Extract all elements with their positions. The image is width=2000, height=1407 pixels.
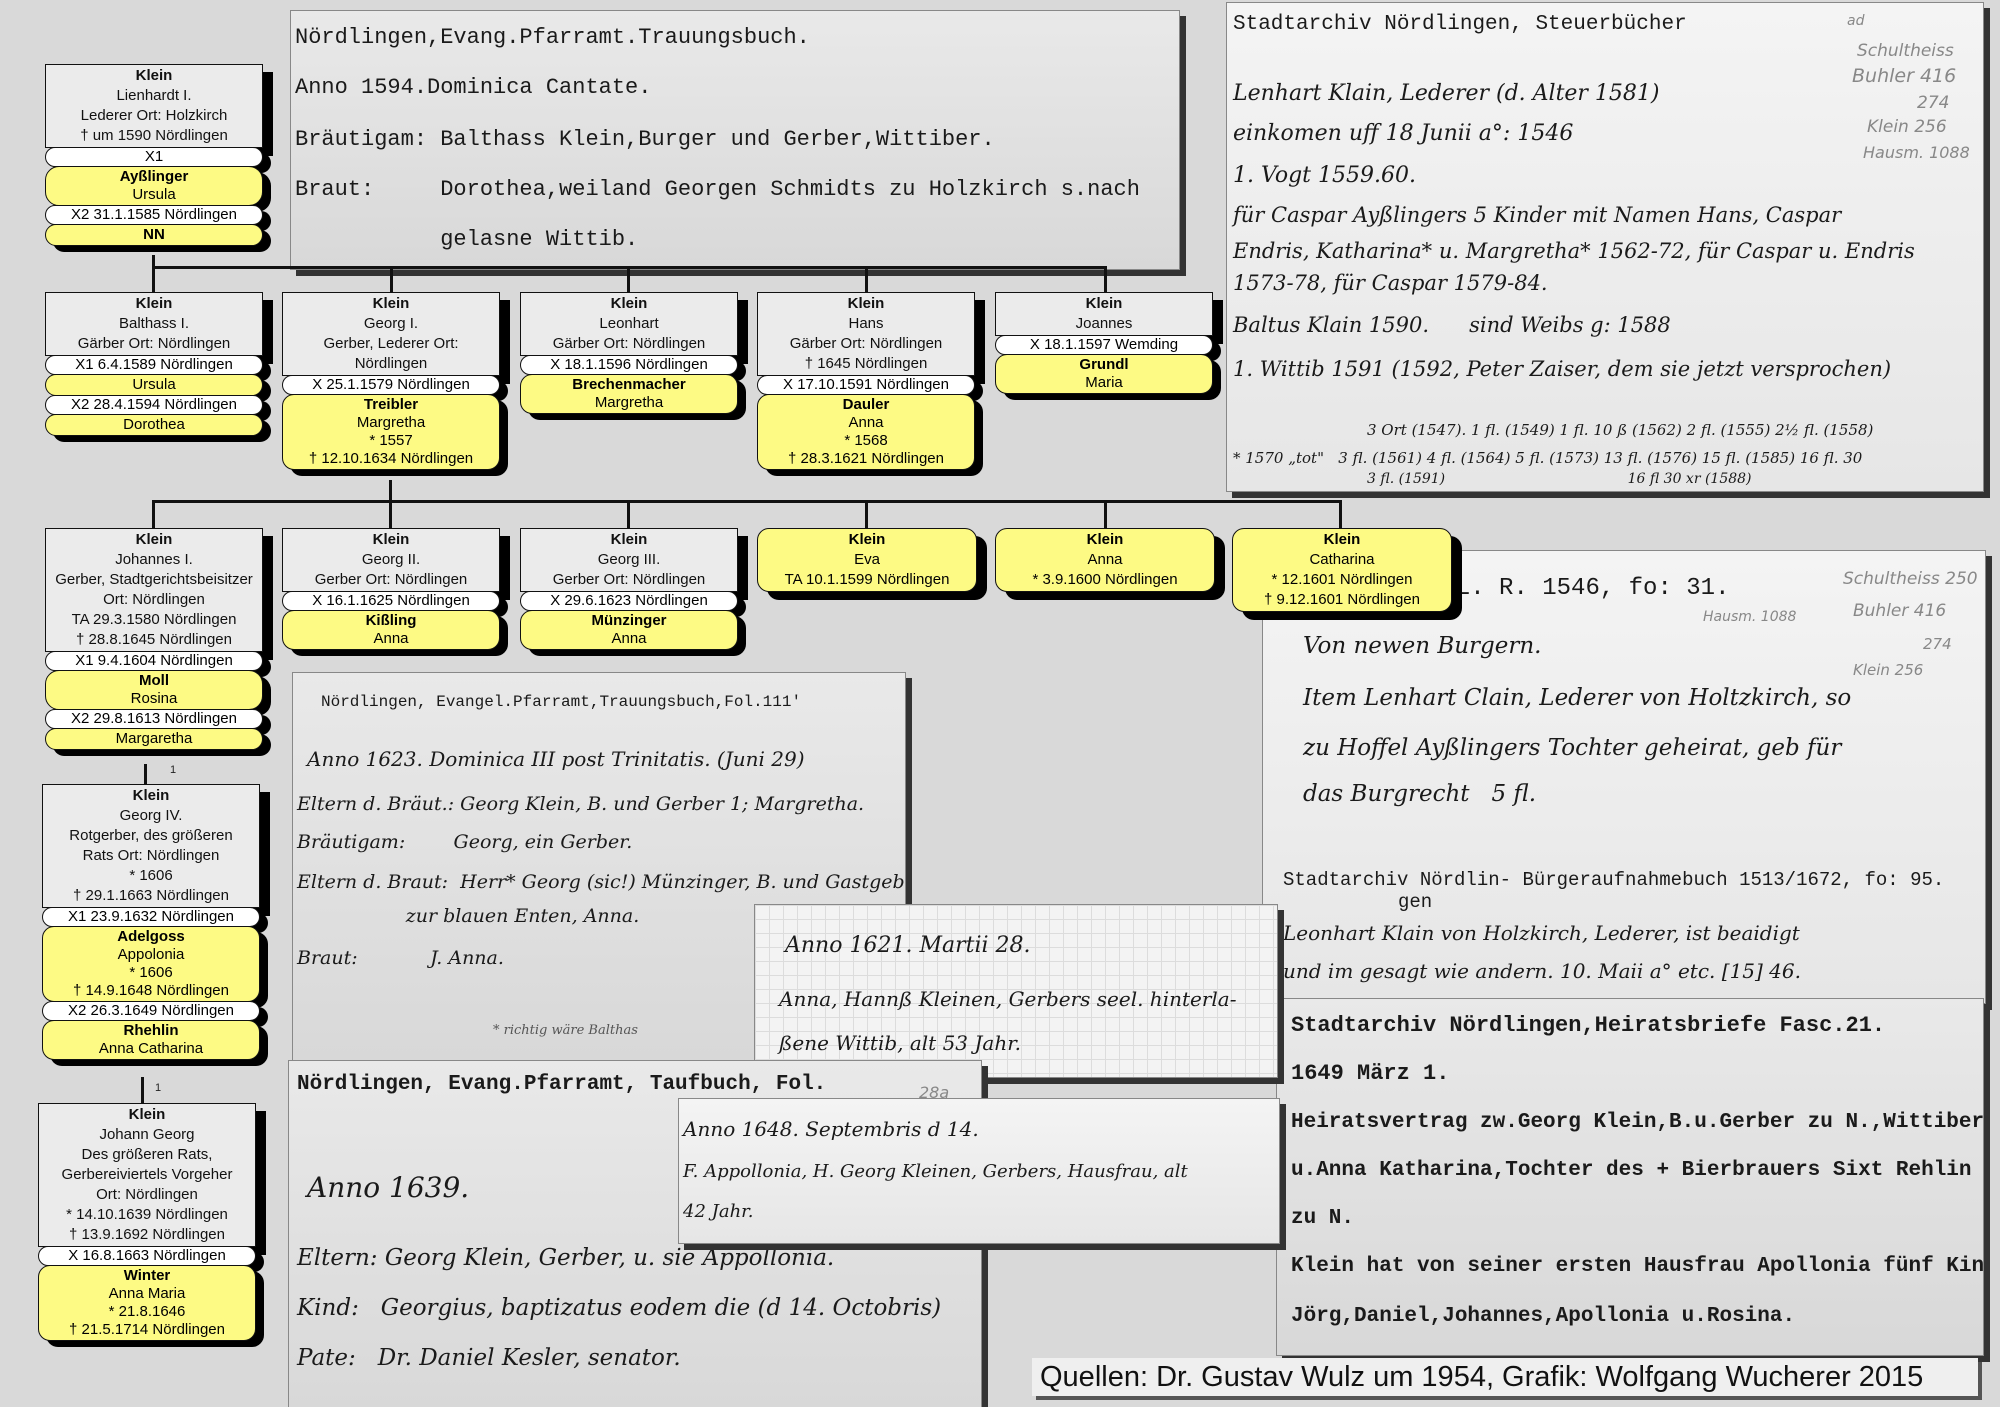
surname: Klein (1233, 530, 1451, 550)
margin-note: ad (1847, 13, 1864, 29)
surname: Klein (996, 530, 1214, 550)
spouse-brechenmacher[interactable]: Brechenmacher Margretha (520, 374, 738, 414)
given-name: Joannes (998, 314, 1210, 334)
document-heiratsbrief-1649: Stadtarchiv Nördlingen,Heiratsbriefe Fas… (1276, 998, 1984, 1356)
given-name: Balthass I. (48, 314, 260, 334)
margin-note: Schultheiss 250 (1843, 569, 1978, 589)
doc-line: Braut: Dorothea,weiland Georgen Schmidts… (295, 177, 1140, 202)
doc-line: zur blauen Enten, Anna. (297, 905, 639, 927)
doc-line: Klein hat von seiner ersten Hausfrau Apo… (1291, 1255, 1984, 1278)
person-johannes-i[interactable]: Klein Johannes I. Gerber, Stadtgerichtsb… (45, 528, 263, 750)
document-trauungsbuch-1594: Nördlingen,Evang.Pfarramt.Trauungsbuch. … (290, 10, 1180, 270)
surname: Rhehlin (43, 1022, 259, 1040)
doc-line: Anno 1621. Martii 28. (785, 933, 1031, 958)
given-name: Anna (996, 550, 1214, 570)
doc-line: Anna, Hannß Kleinen, Gerbers seel. hinte… (779, 987, 1236, 1011)
document-sterbeeintrag-1621: Anno 1621. Martii 28. Anna, Hannß Kleine… (754, 904, 1278, 1078)
spouse-kissling[interactable]: Kißling Anna (282, 610, 500, 650)
given-name: Anna (283, 630, 499, 648)
spouse-dorothea[interactable]: Dorothea (45, 414, 263, 436)
doc-line: 1573-78, für Caspar 1579-84. (1233, 271, 1548, 295)
person-detail: † um 1590 Nördlingen (48, 126, 260, 146)
given-name: Margaretha (46, 730, 262, 748)
person-georg-i[interactable]: Klein Georg I. Gerber, Lederer Ort: Nörd… (282, 292, 500, 470)
person-detail: Ort: Nördlingen (48, 590, 260, 610)
surname: Klein (285, 294, 497, 314)
person-box: Klein Johann Georg Des größeren Rats, Ge… (38, 1103, 256, 1247)
marriage-label: X2 29.8.1613 Nördlingen (45, 709, 263, 729)
given-name: Johann Georg (41, 1125, 253, 1145)
connector (627, 500, 630, 528)
doc-title: Nördlingen, Evang.Pfarramt, Taufbuch, Fo… (297, 1073, 826, 1096)
surname: Klein (760, 294, 972, 314)
document-steuerbuecher: Stadtarchiv Nördlingen, Steuerbücher ad … (1226, 2, 1984, 492)
person-detail: Nördlingen (285, 354, 497, 374)
doc-footnote: * richtig wäre Balthas (493, 1023, 638, 1038)
doc-line: einkomen uff 18 Junii a°: 1546 (1233, 121, 1573, 146)
surname: Kißling (283, 612, 499, 630)
given-name: Eva (758, 550, 976, 570)
given-name: Anna Catharina (43, 1040, 259, 1058)
doc-title: Nördlingen, Evangel.Pfarramt,Trauungsbuc… (321, 693, 801, 711)
death-date: † 29.1.1663 Nördlingen (45, 886, 257, 906)
given-name: Ursula (46, 186, 262, 204)
margin-note: Buhler 416 (1852, 65, 1956, 87)
marriage-label: X 17.10.1591 Nördlingen (757, 375, 975, 395)
surname: Adelgoss (43, 928, 259, 946)
doc-line: das Burgrecht 5 fl. (1303, 781, 1536, 807)
doc-line: zu N. (1291, 1207, 1354, 1230)
given-name: Anna (521, 630, 737, 648)
surname: Brechenmacher (521, 376, 737, 394)
connector (389, 480, 392, 502)
marriage-label: X 29.6.1623 Nördlingen (520, 591, 738, 611)
surname: Winter (39, 1267, 255, 1285)
spouse-winter[interactable]: Winter Anna Maria * 21.8.1646 † 21.5.171… (38, 1265, 256, 1341)
doc-line: u.Anna Katharina,Tochter des + Bierbraue… (1291, 1159, 1972, 1182)
doc-line: und im gesagt wie andern. 10. Maii a° et… (1283, 959, 1801, 983)
margin-note: Hausm. 1088 (1703, 609, 1796, 625)
doc-line: Jörg,Daniel,Johannes,Apollonia u.Rosina. (1291, 1305, 1795, 1328)
surname: Treibler (283, 396, 499, 414)
doc-line: Anno 1594.Dominica Cantate. (295, 75, 651, 100)
doc-line: Anno 1648. Septembris d 14. (683, 1117, 979, 1141)
source-credit: Quellen: Dr. Gustav Wulz um 1954, Grafik… (1032, 1358, 1978, 1396)
surname: Klein (45, 786, 257, 806)
doc-line: Lenhart Klain, Lederer (d. Alter 1581) (1233, 81, 1660, 106)
margin-note: Hausm. 1088 (1863, 143, 1970, 162)
spouse-adelgoss[interactable]: Adelgoss Appolonia * 1606 † 14.9.1648 Nö… (42, 926, 260, 1002)
doc-title: Stadtarchiv Nördlin- Bürgeraufnahmebuch … (1283, 869, 1944, 891)
connector (1104, 266, 1107, 292)
given-name: Hans (760, 314, 972, 334)
person-anna[interactable]: Klein Anna * 3.9.1600 Nördlingen (995, 528, 1215, 592)
connector (1104, 500, 1107, 528)
marriage-label: X1 23.9.1632 Nördlingen (42, 907, 260, 927)
surname: Klein (285, 530, 497, 550)
given-name: Maria (996, 374, 1212, 392)
birth-date: * 14.10.1639 Nördlingen (41, 1205, 253, 1225)
given-name: Ursula (46, 376, 262, 394)
surname: Klein (758, 530, 976, 550)
doc-line: gen (1398, 891, 1432, 913)
marriage-label: X1 (45, 147, 263, 167)
person-detail: Rotgerber, des größeren (45, 826, 257, 846)
surname: Grundl (996, 356, 1212, 374)
doc-line: Pate: Dr. Daniel Kesler, senator. (297, 1345, 681, 1371)
surname: NN (46, 226, 262, 244)
person-box: Klein Johannes I. Gerber, Stadtgerichtsb… (45, 528, 263, 652)
doc-line: gelasne Wittib. (295, 227, 638, 252)
person-detail: Gerber, Lederer Ort: (285, 334, 497, 354)
connector (865, 266, 868, 292)
spouse-ayszlinger[interactable]: Ayßlinger Ursula (45, 166, 263, 206)
given-name: Anna Maria (39, 1285, 255, 1303)
marriage-label: X 18.1.1597 Wemding (995, 335, 1213, 355)
death-date: † 9.12.1601 Nördlingen (1233, 590, 1451, 610)
doc-line: Anno 1639. (307, 1171, 469, 1204)
given-name: Anna (758, 414, 974, 432)
person-georg-iv[interactable]: Klein Georg IV. Rotgerber, des größeren … (42, 784, 260, 1060)
surname: Münzinger (521, 612, 737, 630)
death-date: † 13.9.1692 Nördlingen (41, 1225, 253, 1245)
doc-line: Nördlingen,Evang.Pfarramt.Trauungsbuch. (295, 25, 810, 50)
surname: Klein (523, 530, 735, 550)
connector (389, 500, 392, 528)
person-detail: Gärber Ort: Nördlingen (760, 334, 972, 354)
marriage-label: X 16.8.1663 Nördlingen (38, 1246, 256, 1266)
person-box: Klein Joannes (995, 292, 1213, 336)
person-detail: Ort: Nördlingen (41, 1185, 253, 1205)
margin-note: 274 (1917, 93, 1949, 113)
spouse-nn[interactable]: NN (45, 224, 263, 246)
spouse-margaretha[interactable]: Margaretha (45, 728, 263, 750)
doc-line: Endris, Katharina* u. Margretha* 1562-72… (1233, 239, 1915, 263)
margin-note: Klein 256 (1853, 661, 1923, 679)
doc-title: Stadtarchiv Nördlingen,Heiratsbriefe Fas… (1291, 1013, 1885, 1038)
doc-line: ßene Wittib, alt 53 Jahr. (779, 1031, 1021, 1055)
person-detail: Rats Ort: Nördlingen (45, 846, 257, 866)
surname: Klein (48, 530, 260, 550)
person-detail: Des größeren Rats, (41, 1145, 253, 1165)
surname: Klein (48, 66, 260, 86)
person-detail: Gärber Ort: Nördlingen (523, 334, 735, 354)
person-johann-georg[interactable]: Klein Johann Georg Des größeren Rats, Ge… (38, 1103, 256, 1341)
person-lienhardt-i[interactable]: Klein Lienhardt I. Lederer Ort: Holzkirc… (45, 64, 263, 246)
given-name: Johannes I. (48, 550, 260, 570)
person-hans[interactable]: Klein Hans Gärber Ort: Nördlingen † 1645… (757, 292, 975, 470)
doc-line: * 1570 „tot" 3 fl. (1561) 4 fl. (1564) 5… (1233, 449, 1862, 467)
given-name: Dorothea (46, 416, 262, 434)
doc-line: Eltern d. Bräut.: Georg Klein, B. und Ge… (297, 793, 864, 815)
connector (152, 500, 155, 528)
doc-line: Heiratsvertrag zw.Georg Klein,B.u.Gerber… (1291, 1111, 1984, 1134)
doc-line: für Caspar Ayßlingers 5 Kinder mit Namen… (1233, 203, 1841, 227)
person-detail: * 3.9.1600 Nördlingen (996, 570, 1214, 590)
connector (1339, 500, 1342, 528)
surname: Dauler (758, 396, 974, 414)
marriage-label: X1 9.4.1604 Nördlingen (45, 651, 263, 671)
given-name: Appolonia (43, 946, 259, 964)
spouse-grundl[interactable]: Grundl Maria (995, 354, 1213, 394)
document-buergerbuch-1546: Nördlingen, L. R. 1546, fo: 31. Schulthe… (1262, 550, 1986, 1004)
document-sterbeeintrag-1648: Anno 1648. Septembris d 14. F. Appolloni… (678, 1098, 1280, 1244)
surname: Klein (998, 294, 1210, 314)
given-name: Margretha (283, 414, 499, 432)
marriage-label: X 16.1.1625 Nördlingen (282, 591, 500, 611)
given-name: Georg III. (523, 550, 735, 570)
spouse-ursula[interactable]: Ursula (45, 374, 263, 396)
birth-date: * 1606 (43, 964, 259, 982)
surname: Klein (41, 1105, 253, 1125)
given-name: Lienhardt I. (48, 86, 260, 106)
doc-line: Bräutigam: Balthass Klein,Burger und Ger… (295, 127, 995, 152)
person-box: Klein Georg IV. Rotgerber, des größeren … (42, 784, 260, 908)
doc-title: Stadtarchiv Nördlingen, Steuerbücher (1233, 13, 1687, 36)
margin-note: Schultheiss (1857, 41, 1954, 61)
spouse-muenzinger[interactable]: Münzinger Anna (520, 610, 738, 650)
doc-line: Leonhart Klain von Holzkirch, Lederer, i… (1283, 921, 1800, 945)
person-detail: † 1645 Nördlingen (760, 354, 972, 374)
given-name: Georg IV. (45, 806, 257, 826)
person-joannes[interactable]: Klein Joannes X 18.1.1597 Wemding Grundl… (995, 292, 1213, 394)
death-date: † 14.9.1648 Nördlingen (43, 982, 259, 1000)
person-detail: † 28.8.1645 Nördlingen (48, 630, 260, 650)
spouse-rhehlin[interactable]: Rhehlin Anna Catharina (42, 1020, 260, 1060)
person-box: Klein Leonhart Gärber Ort: Nördlingen (520, 292, 738, 356)
surname: Klein (523, 294, 735, 314)
connector (152, 500, 1342, 503)
given-name: Georg I. (285, 314, 497, 334)
spouse-dauler[interactable]: Dauler Anna * 1568 † 28.3.1621 Nördlinge… (757, 394, 975, 470)
person-catharina[interactable]: Klein Catharina * 12.1601 Nördlingen † 9… (1232, 528, 1452, 612)
person-georg-iii[interactable]: Klein Georg III. Gerber Ort: Nördlingen … (520, 528, 738, 650)
doc-line: Item Lenhart Clain, Lederer von Holtzkir… (1303, 685, 1851, 711)
doc-line: Von newen Burgern. (1303, 633, 1541, 659)
given-name: Georg II. (285, 550, 497, 570)
birth-date: * 1606 (45, 866, 257, 886)
generation-marker: 1 (155, 1082, 161, 1094)
person-detail: Lederer Ort: Holzkirch (48, 106, 260, 126)
person-box: Klein Hans Gärber Ort: Nördlingen † 1645… (757, 292, 975, 376)
person-balthass-i[interactable]: Klein Balthass I. Gärber Ort: Nördlingen… (45, 292, 263, 436)
margin-note: Klein 256 (1867, 117, 1947, 137)
surname: Ayßlinger (46, 168, 262, 186)
person-detail: TA 10.1.1599 Nördlingen (758, 570, 976, 590)
connector (390, 266, 393, 292)
person-detail: Gerber, Stadtgerichtsbeisitzer (48, 570, 260, 590)
person-box: Klein Georg II. Gerber Ort: Nördlingen (282, 528, 500, 592)
person-box: Klein Georg I. Gerber, Lederer Ort: Nörd… (282, 292, 500, 376)
given-name: Leonhart (523, 314, 735, 334)
generation-marker: 1 (170, 764, 176, 776)
doc-line: 42 Jahr. (683, 1201, 754, 1222)
doc-line: zu Hoffel Ayßlingers Tochter geheirat, g… (1303, 735, 1841, 761)
connector (865, 500, 868, 528)
person-detail: Gärber Ort: Nördlingen (48, 334, 260, 354)
person-georg-ii[interactable]: Klein Georg II. Gerber Ort: Nördlingen X… (282, 528, 500, 650)
person-box: Klein Balthass I. Gärber Ort: Nördlingen (45, 292, 263, 356)
surname: Klein (48, 294, 260, 314)
marriage-label: X 18.1.1596 Nördlingen (520, 355, 738, 375)
death-date: † 12.10.1634 Nördlingen (283, 450, 499, 468)
doc-line: Eltern d. Braut: Herr* Georg (sic!) Münz… (297, 871, 905, 893)
doc-line: Kind: Georgius, baptizatus eodem die (d … (297, 1295, 941, 1321)
birth-date: * 12.1601 Nördlingen (1233, 570, 1451, 590)
person-box: Klein Georg III. Gerber Ort: Nördlingen (520, 528, 738, 592)
given-name: Rosina (46, 690, 262, 708)
surname: Moll (46, 672, 262, 690)
connector (141, 1077, 144, 1103)
person-detail: Gerber Ort: Nördlingen (285, 570, 497, 590)
person-detail: Gerbereiviertels Vorgeher (41, 1165, 253, 1185)
death-date: † 21.5.1714 Nördlingen (39, 1321, 255, 1339)
doc-line: 3 fl. (1591) 16 fl 30 xr (1588) (1367, 471, 1752, 487)
given-name: Margretha (521, 394, 737, 412)
doc-line: Baltus Klain 1590. sind Weibs g: 1588 (1233, 313, 1671, 337)
margin-note: Buhler 416 (1853, 601, 1946, 621)
marriage-label: X2 31.1.1585 Nördlingen (45, 205, 263, 225)
connector (627, 266, 630, 292)
connector (144, 764, 147, 784)
person-box: Klein Lienhardt I. Lederer Ort: Holzkirc… (45, 64, 263, 148)
doc-line: Eltern: Georg Klein, Gerber, u. sie Appo… (297, 1245, 834, 1271)
connector (152, 266, 155, 292)
birth-date: * 21.8.1646 (39, 1303, 255, 1321)
person-leonhart[interactable]: Klein Leonhart Gärber Ort: Nördlingen X … (520, 292, 738, 414)
doc-line: F. Appollonia, H. Georg Kleinen, Gerbers… (683, 1161, 1188, 1182)
doc-line: 3 Ort (1547). 1 fl. (1549) 1 fl. 10 ß (1… (1367, 421, 1873, 439)
margin-note: 274 (1923, 635, 1952, 653)
spouse-treibler[interactable]: Treibler Margretha * 1557 † 12.10.1634 N… (282, 394, 500, 470)
birth-date: * 1568 (758, 432, 974, 450)
marriage-label: X1 6.4.1589 Nördlingen (45, 355, 263, 375)
marriage-label: X2 26.3.1649 Nördlingen (42, 1001, 260, 1021)
doc-line: Braut: J. Anna. (297, 947, 504, 969)
person-eva[interactable]: Klein Eva TA 10.1.1599 Nördlingen (757, 528, 977, 592)
doc-line: 1649 März 1. (1291, 1061, 1449, 1086)
doc-line: Anno 1623. Dominica III post Trinitatis.… (307, 747, 805, 771)
birth-date: * 1557 (283, 432, 499, 450)
person-detail: TA 29.3.1580 Nördlingen (48, 610, 260, 630)
given-name: Catharina (1233, 550, 1451, 570)
doc-line: Bräutigam: Georg, ein Gerber. (297, 831, 632, 853)
marriage-label: X 25.1.1579 Nördlingen (282, 375, 500, 395)
person-detail: Gerber Ort: Nördlingen (523, 570, 735, 590)
spouse-moll[interactable]: Moll Rosina (45, 670, 263, 710)
doc-line: 1. Vogt 1559.60. (1233, 163, 1416, 188)
doc-line: 1. Wittib 1591 (1592, Peter Zaiser, dem … (1233, 357, 1891, 381)
marriage-label: X2 28.4.1594 Nördlingen (45, 395, 263, 415)
death-date: † 28.3.1621 Nördlingen (758, 450, 974, 468)
